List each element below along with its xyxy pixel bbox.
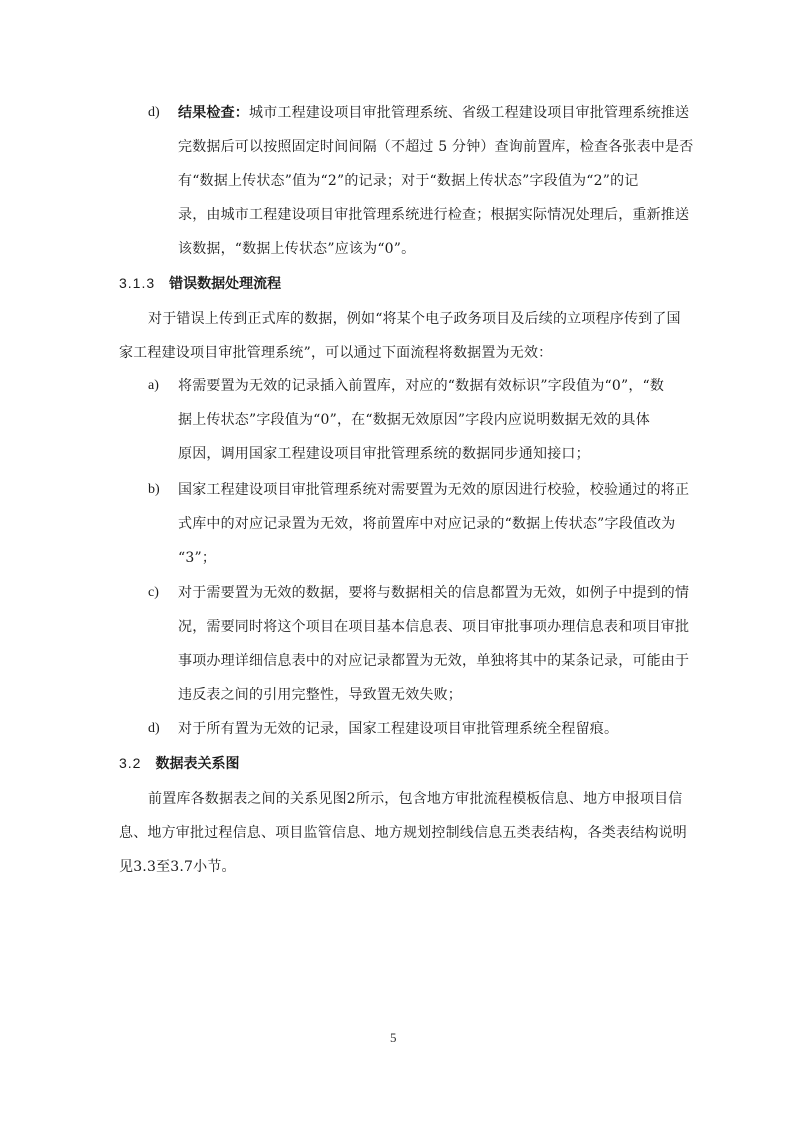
page-number: 5 [390,1030,397,1046]
item-b-line-3: “3”； [178,549,216,567]
intro-line-1: 对于错误上传到正式库的数据，例如“将某个电子政务项目及后续的立项程序传到了国 [148,310,681,328]
section-number: 3.2 [119,755,141,771]
text-span: 城市工程建设项目审批管理系统、省级工程建设项目审批管理系统推送 [249,105,689,121]
section-3-2-line-2: 息、地方审批过程信息、项目监管信息、地方规划控制线信息五类表结构，各类表结构说明 [119,824,687,842]
section-3-2-line-3: 见3.3至3.7小节。 [119,858,236,876]
list-marker-a: a) [148,377,159,395]
item-b-line-2: 式库中的对应记录置为无效，将前置库中对应记录的“数据上传状态”字段值改为 [178,515,676,533]
document-page: d) 结果检查：城市工程建设项目审批管理系统、省级工程建设项目审批管理系统推送 … [0,0,793,1122]
item-c-line-2: 况，需要同时将这个项目在项目基本信息表、项目审批事项办理信息表和项目审批 [178,618,689,636]
result-check-line-2: 完数据后可以按照固定时间间隔（不超过 5 分钟）查询前置库，检查各张表中是否 [178,138,693,156]
section-heading-3-1-3: 3.1.3错误数据处理流程 [119,274,281,293]
result-check-label: 结果检查： [178,105,249,121]
item-a-line-1: 将需要置为无效的记录插入前置库，对应的“数据有效标识”字段值为“0”，“数 [178,377,664,395]
item-c-line-3: 事项办理详细信息表中的对应记录都置为无效，单独将其中的某条记录，可能由于 [178,652,689,670]
item-d-line-1: 对于所有置为无效的记录，国家工程建设项目审批管理系统全程留痕。 [178,720,618,738]
result-check-line-3: 有“数据上传状态”值为“2”的记录；对于“数据上传状态”字段值为“2”的记 [178,172,638,190]
intro-line-2: 家工程建设项目审批管理系统”，可以通过下面流程将数据置为无效： [119,344,552,362]
result-check-line-4: 录，由城市工程建设项目审批管理系统进行检查；根据实际情况处理后，重新推送 [178,206,689,224]
list-marker-d2: d) [148,720,160,738]
item-a-line-3: 原因，调用国家工程建设项目审批管理系统的数据同步通知接口； [178,445,590,463]
result-check-line-5: 该数据，“数据上传状态”应该为“0”。 [178,240,415,258]
list-marker-d: d) [148,104,160,122]
section-3-2-line-1: 前置库各数据表之间的关系见图2所示，包含地方审批流程模板信息、地方申报项目信 [148,790,683,808]
list-marker-b: b) [148,481,160,499]
section-title: 错误数据处理流程 [169,276,281,292]
item-c-line-4: 违反表之间的引用完整性，导致置无效失败； [178,686,462,704]
result-check-line-1: 结果检查：城市工程建设项目审批管理系统、省级工程建设项目审批管理系统推送 [178,104,689,122]
item-b-line-1: 国家工程建设项目审批管理系统对需要置为无效的原因进行校验，校验通过的将正 [178,481,689,499]
item-c-line-1: 对于需要置为无效的数据，要将与数据相关的信息都置为无效，如例子中提到的情 [178,584,689,602]
section-heading-3-2: 3.2数据表关系图 [119,754,239,773]
section-title: 数据表关系图 [155,756,239,772]
section-number: 3.1.3 [119,275,155,291]
item-a-line-2: 据上传状态”字段值为“0”，在“数据无效原因”字段内应说明数据无效的具体 [178,411,650,429]
list-marker-c: c) [148,584,159,602]
